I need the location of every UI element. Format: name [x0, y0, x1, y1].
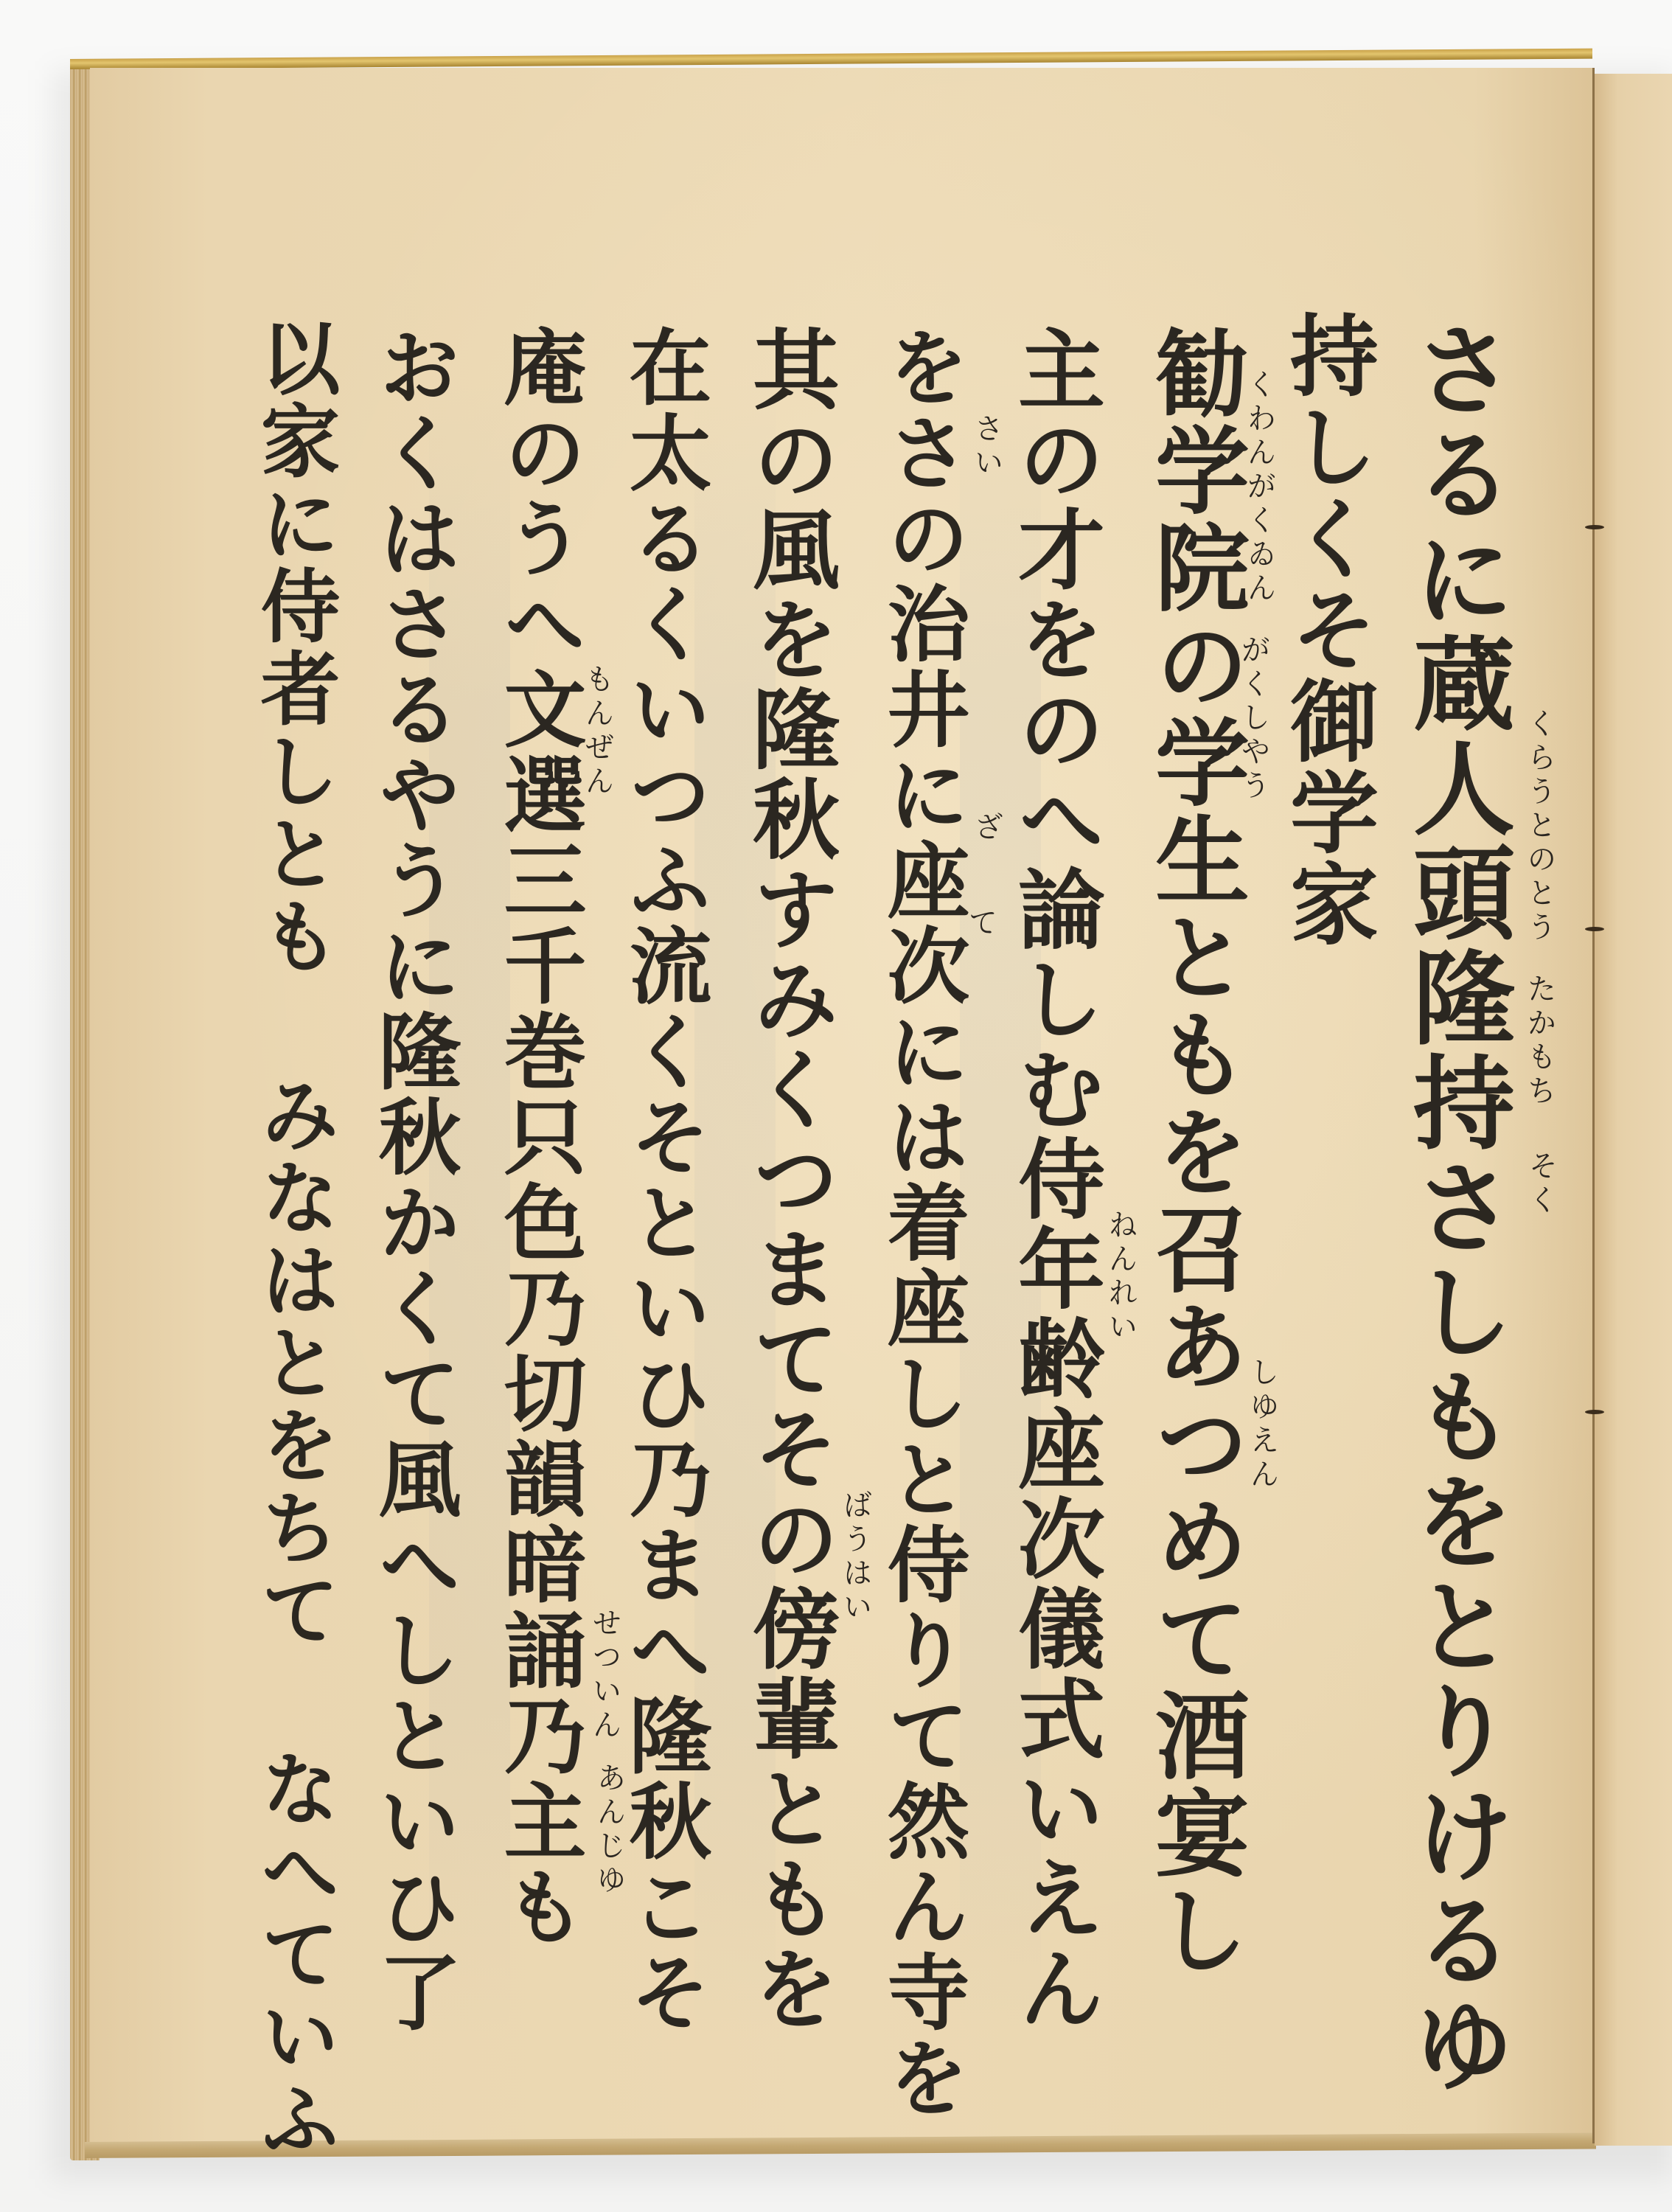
- binding-hole: [1585, 525, 1604, 529]
- furigana: て: [966, 907, 995, 941]
- column-text: 持しくそ御学家: [1283, 310, 1371, 950]
- binding-hole: [1585, 927, 1604, 931]
- furigana: ざ: [972, 811, 1001, 845]
- column-text: 在太るくいつふ流くそといひ乃まへ隆秋こそ: [622, 324, 705, 2035]
- column-text: 以家に侍者しとも みなはとをちて なへていふ: [254, 317, 333, 2160]
- column-text: 勧学院の学生ともを召あつめて酒宴し: [1147, 324, 1241, 1979]
- furigana: ばうはい: [840, 1489, 870, 1625]
- furigana: しゆえん: [1247, 1357, 1277, 1492]
- furigana: くらうとのとう: [1525, 708, 1554, 945]
- text-column-5: をさの治井に座次には着座しと侍りて然ん寺を: [880, 324, 963, 2121]
- text-column-8: 庵のうへ文選三千巻只色乃切韻暗誦乃主も: [497, 324, 579, 1950]
- furigana: あんじゆ: [594, 1762, 624, 1898]
- binding-hole: [1585, 1410, 1604, 1414]
- furigana: くわんがくゐん: [1244, 369, 1274, 606]
- gilded-top-edge: [70, 49, 1592, 69]
- column-text: をさの治井に座次には着座しと侍りて然ん寺を: [880, 324, 963, 2121]
- text-column-6: 其の風を隆秋すみくつまてその傍輩ともを: [745, 324, 832, 2034]
- furigana: そく: [1526, 1150, 1556, 1218]
- text-column-10: 以家に侍者しとも みなはとをちて なへていふ: [254, 317, 333, 2160]
- furigana: せついん: [590, 1607, 619, 1743]
- column-text: 其の風を隆秋すみくつまてその傍輩ともを: [745, 324, 832, 2034]
- book-photo: さるに蔵人頭隆持さしもをとりけるゆ くらうとのとう たかもち そく 持しくそ御学…: [0, 0, 1672, 2212]
- text-column-1: さるに蔵人頭隆持さしもをとりけるゆ: [1405, 317, 1507, 2097]
- furigana: たかもち: [1525, 973, 1554, 1109]
- furigana: がくしやう: [1239, 634, 1268, 804]
- furigana: ねんれい: [1106, 1209, 1135, 1345]
- column-text: 庵のうへ文選三千巻只色乃切韻暗誦乃主も: [497, 324, 579, 1950]
- text-column-9: おくはさるやうに隆秋かくて風へしといひ了: [372, 324, 454, 2035]
- text-column-4: 主の才をのへ論しむ侍年齢座次儀式いえん: [1011, 324, 1098, 2034]
- text-column-7: 在太るくいつふ流くそといひ乃まへ隆秋こそ: [622, 324, 705, 2035]
- furigana: もんぜん: [582, 664, 612, 799]
- facing-page-sliver: [1595, 74, 1672, 2146]
- column-text: 主の才をのへ論しむ侍年齢座次儀式いえん: [1011, 324, 1098, 2034]
- furigana: さい: [972, 413, 1001, 481]
- text-column-2: 持しくそ御学家: [1283, 310, 1371, 950]
- text-column-3: 勧学院の学生ともを召あつめて酒宴し: [1147, 324, 1241, 1979]
- column-text: おくはさるやうに隆秋かくて風へしといひ了: [372, 324, 454, 2035]
- column-text: さるに蔵人頭隆持さしもをとりけるゆ: [1405, 317, 1507, 2097]
